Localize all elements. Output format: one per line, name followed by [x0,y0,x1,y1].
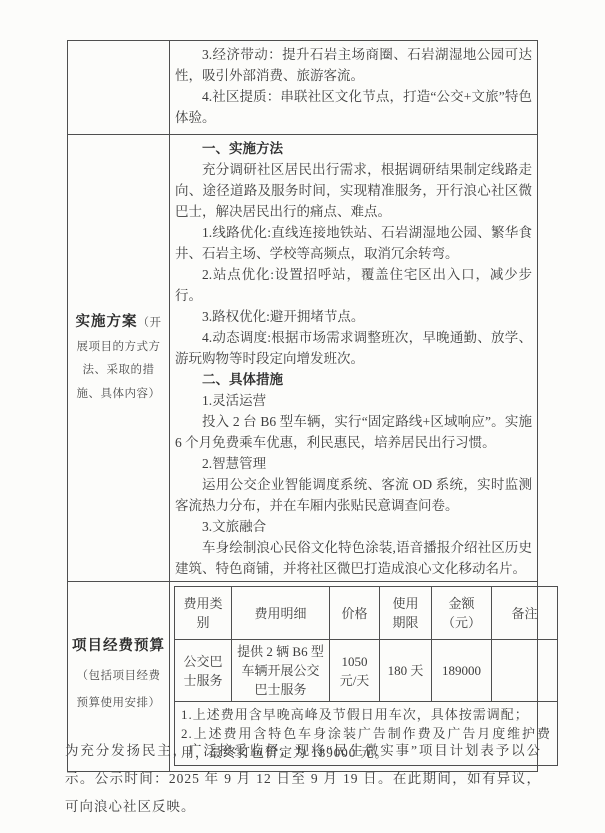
implementation-paragraph: 1.线路优化:直线连接地铁站、石岩湖湿地公园、繁华食井、石岩主场、学校等高频点，… [175,222,532,264]
budget-value-cell [492,640,558,702]
budget-data-row: 公交巴 士服务 提供 2 辆 B6 型 车辆开展公交 巴士服务 1050 元/天… [175,640,558,702]
budget-header-row: 费用类 别 费用明细 价格 使用 期限 金额 （元） 备注 [175,587,558,640]
budget-header-cell: 金额 （元） [432,587,492,640]
implementation-paragraph: 3.路权优化:避开拥堵节点。 [175,306,532,327]
implementation-paragraph: 2.站点优化:设置招呼站，覆盖住宅区出入口，减少步行。 [175,264,532,306]
implementation-paragraph: 2.智慧管理 [175,453,532,474]
budget-value-cell: 公交巴 士服务 [175,640,232,702]
benefit-paragraph: 3.经济带动：提升石岩主场商圈、石岩湖湿地公园可达性，吸引外部消费、旅游客流。 [175,44,532,86]
budget-label-title: 项目经费预算 [71,636,166,656]
benefits-label-cell-empty [68,41,170,135]
implementation-paragraph: 运用公交企业智能调度系统、客流 OD 系统，实时监测客流热力分布，并在车厢内张贴… [175,474,532,516]
budget-label-note: （包括项目经费预算使用安排） [71,663,166,717]
public-notice-paragraph: 为充分发扬民主，广泛接受监督，现将“民生微实事”项目计划表予以公示。公示时间：2… [65,737,541,821]
budget-note-line: 1.上述费用含早晚高峰及节假日用车次，具体按需调配； [181,705,551,724]
budget-value-cell: 1050 元/天 [330,640,380,702]
implementation-label-title: 实施方案 [76,314,138,330]
benefits-content-cell: 3.经济带动：提升石岩主场商圈、石岩湖湿地公园可达性，吸引外部消费、旅游客流。 … [170,41,538,135]
budget-value-cell: 180 天 [380,640,432,702]
budget-header-cell: 使用 期限 [380,587,432,640]
implementation-content-cell: 一、实施方法 充分调研社区居民出行需求，根据调研结果制定线路走向、途径道路及服务… [170,135,538,582]
budget-value-cell: 189000 [432,640,492,702]
implementation-paragraph: 车身绘制浪心民俗文化特色涂装,语音播报介绍社区历史建筑、特色商铺，并将社区微巴打… [175,537,532,579]
implementation-paragraph: 4.动态调度:根据市场需求调整班次，早晚通勤、放学、游玩购物等时段定向增发班次。 [175,327,532,369]
implementation-paragraph: 充分调研社区居民出行需求，根据调研结果制定线路走向、途径道路及服务时间，实现精准… [175,159,532,222]
budget-value-cell: 提供 2 辆 B6 型 车辆开展公交 巴士服务 [232,640,330,702]
implementation-section-heading: 二、具体措施 [175,369,532,390]
implementation-section-heading: 一、实施方法 [175,138,532,159]
implementation-paragraph: 3.文旅融合 [175,516,532,537]
project-plan-table: 3.经济带动：提升石岩主场商圈、石岩湖湿地公园可达性，吸引外部消费、旅游客流。 … [67,40,538,772]
budget-header-cell: 价格 [330,587,380,640]
implementation-label: 实施方案（开展项目的方式方法、采取的措施、具体内容） [71,311,166,405]
table-row-benefits: 3.经济带动：提升石岩主场商圈、石岩湖湿地公园可达性，吸引外部消费、旅游客流。 … [68,41,538,135]
benefit-paragraph: 4.社区提质：串联社区文化节点，打造“公交+文旅”特色体验。 [175,86,532,128]
budget-header-cell: 费用类 别 [175,587,232,640]
implementation-label-cell: 实施方案（开展项目的方式方法、采取的措施、具体内容） [68,135,170,582]
implementation-paragraph: 投入 2 台 B6 型车辆，实行“固定路线+区域响应”。实施 6 个月免费乘车优… [175,411,532,453]
implementation-paragraph: 1.灵活运营 [175,390,532,411]
budget-header-cell: 费用明细 [232,587,330,640]
table-row-implementation: 实施方案（开展项目的方式方法、采取的措施、具体内容） 一、实施方法 充分调研社区… [68,135,538,582]
budget-header-cell: 备注 [492,587,558,640]
